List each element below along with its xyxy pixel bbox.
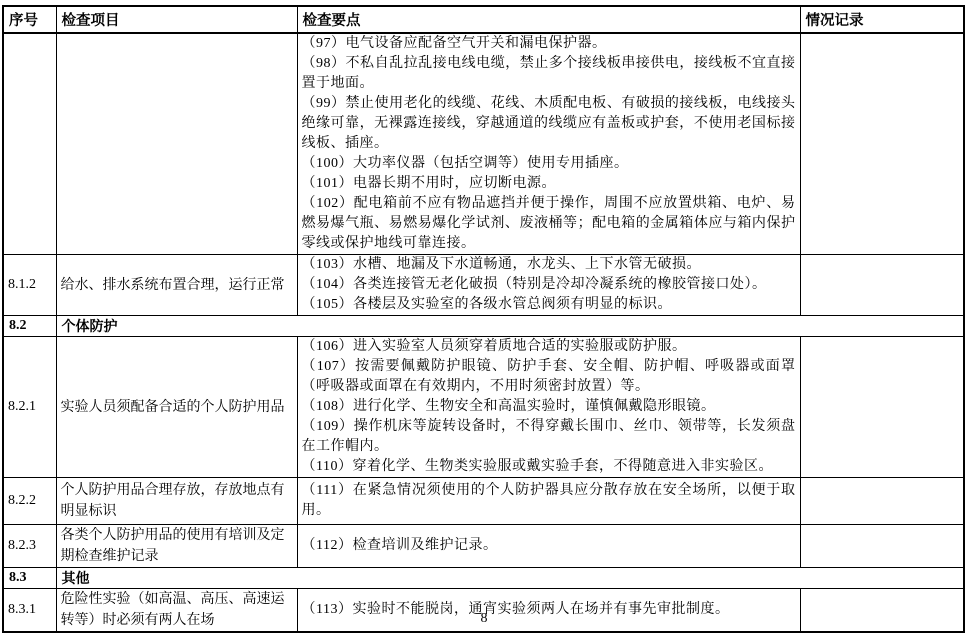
- item-cell: 各类个人防护用品的使用有培训及定期检查维护记录: [56, 525, 297, 568]
- table-row: 8.2.2 个人防护用品合理存放，存放地点有明显标识 （111）在紧急情况须使用…: [3, 478, 964, 525]
- check-point: （110）穿着化学、生物类实验服或戴实验手套，不得随意进入非实验区。: [302, 457, 796, 477]
- row-id-cell: 8.2.3: [3, 525, 56, 568]
- check-point: （101）电器长期不用时，应切断电源。: [302, 174, 796, 194]
- check-point: （109）操作机床等旋转设备时，不得穿戴长围巾、丝巾、领带等，长发须盘在工作帽内…: [302, 417, 796, 457]
- row-id-cell: 8.2.1: [3, 337, 56, 478]
- row-id-cell: [3, 33, 56, 255]
- header-situation-record: 情况记录: [800, 6, 964, 33]
- check-point: （100）大功率仪器（包括空调等）使用专用插座。: [302, 154, 796, 174]
- record-cell: [800, 33, 964, 255]
- check-point: （103）水槽、地漏及下水道畅通，水龙头、上下水管无破损。: [302, 255, 796, 275]
- check-point: （111）在紧急情况须使用的个人防护器具应分散存放在安全场所，以便于取用。: [302, 481, 796, 521]
- inspection-checklist-table: 序号 检查项目 检查要点 情况记录 （97）电气设备应配备空气开关和漏电保护器。…: [2, 5, 965, 633]
- section-title-cell: 个体防护: [56, 316, 964, 337]
- check-point: （97）电气设备应配备空气开关和漏电保护器。: [302, 34, 796, 54]
- table-row: 8.2.3 各类个人防护用品的使用有培训及定期检查维护记录 （112）检查培训及…: [3, 525, 964, 568]
- points-cell: （106）进入实验室人员须穿着质地合适的实验服或防护服。 （107）按需要佩戴防…: [297, 337, 800, 478]
- check-point: （106）进入实验室人员须穿着质地合适的实验服或防护服。: [302, 337, 796, 357]
- section-row: 8.3 其他: [3, 568, 964, 589]
- record-cell: [800, 255, 964, 316]
- item-cell: 给水、排水系统布置合理，运行正常: [56, 255, 297, 316]
- document-page: 序号 检查项目 检查要点 情况记录 （97）电气设备应配备空气开关和漏电保护器。…: [0, 0, 968, 637]
- section-id-cell: 8.2: [3, 316, 56, 337]
- check-point: （102）配电箱前不应有物品遮挡并便于操作，周围不应放置烘箱、电炉、易燃易爆气瓶…: [302, 194, 796, 254]
- record-cell: [800, 525, 964, 568]
- section-id-cell: 8.3: [3, 568, 56, 589]
- check-point: （104）各类连接管无老化破损（特别是冷却冷凝系统的橡胶管接口处）。: [302, 275, 796, 295]
- record-cell: [800, 337, 964, 478]
- section-row: 8.2 个体防护: [3, 316, 964, 337]
- check-point: （108）进行化学、生物安全和高温实验时，谨慎佩戴隐形眼镜。: [302, 397, 796, 417]
- table-row: 8.1.2 给水、排水系统布置合理，运行正常 （103）水槽、地漏及下水道畅通，…: [3, 255, 964, 316]
- points-cell: （112）检查培训及维护记录。: [297, 525, 800, 568]
- check-point: （99）禁止使用老化的线缆、花线、木质配电板、有破损的接线板，电线接头绝缘可靠，…: [302, 94, 796, 154]
- item-cell: [56, 33, 297, 255]
- header-inspection-points: 检查要点: [297, 6, 800, 33]
- record-cell: [800, 478, 964, 525]
- item-cell: 个人防护用品合理存放，存放地点有明显标识: [56, 478, 297, 525]
- check-point: （107）按需要佩戴防护眼镜、防护手套、安全帽、防护帽、呼吸器或面罩（呼吸器或面…: [302, 357, 796, 397]
- table-row: （97）电气设备应配备空气开关和漏电保护器。 （98）不私自乱拉乱接电线电缆，禁…: [3, 33, 964, 255]
- item-cell: 实验人员须配备合适的个人防护用品: [56, 337, 297, 478]
- points-cell: （111）在紧急情况须使用的个人防护器具应分散存放在安全场所，以便于取用。: [297, 478, 800, 525]
- check-point: （112）检查培训及维护记录。: [302, 536, 796, 556]
- check-point: （105）各楼层及实验室的各级水管总阀须有明显的标识。: [302, 295, 796, 315]
- header-serial-number: 序号: [3, 6, 56, 33]
- points-cell: （97）电气设备应配备空气开关和漏电保护器。 （98）不私自乱拉乱接电线电缆，禁…: [297, 33, 800, 255]
- table-header-row: 序号 检查项目 检查要点 情况记录: [3, 6, 964, 33]
- table-row: 8.2.1 实验人员须配备合适的个人防护用品 （106）进入实验室人员须穿着质地…: [3, 337, 964, 478]
- page-number: 8: [0, 611, 968, 627]
- points-cell: （103）水槽、地漏及下水道畅通，水龙头、上下水管无破损。 （104）各类连接管…: [297, 255, 800, 316]
- section-title-cell: 其他: [56, 568, 964, 589]
- check-point: （98）不私自乱拉乱接电线电缆，禁止多个接线板串接供电，接线板不宜直接置于地面。: [302, 54, 796, 94]
- row-id-cell: 8.2.2: [3, 478, 56, 525]
- header-inspection-item: 检查项目: [56, 6, 297, 33]
- row-id-cell: 8.1.2: [3, 255, 56, 316]
